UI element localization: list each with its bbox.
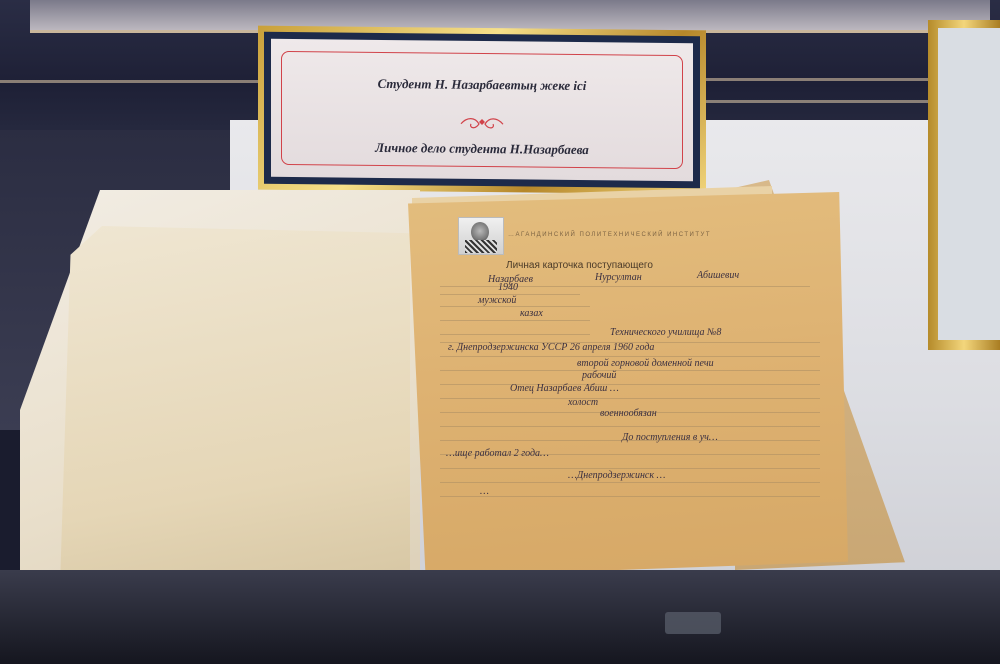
case-device: [665, 612, 721, 634]
field-family-status: холост: [568, 397, 598, 408]
field-school-2: г. Днепродзержинска УССР 26 апреля 1960 …: [448, 342, 654, 353]
card-title: Личная карточка поступающего: [506, 260, 653, 271]
field-sex: мужской: [478, 295, 516, 306]
field-address: …Днепродзержинск …: [568, 470, 665, 481]
picture-frame-right: [928, 20, 1000, 350]
ornament-icon: [459, 117, 505, 131]
student-photo: [458, 217, 504, 255]
field-father: Отец Назарбаев Абиш …: [510, 383, 619, 394]
institution-header: …АГАНДИНСКИЙ ПОЛИТЕХНИЧЕСКИЙ ИНСТИТУТ: [508, 232, 711, 238]
blank-page: [60, 226, 410, 586]
field-work-2: …ище работал 2 года…: [446, 448, 549, 459]
field-social-status: рабочий: [582, 370, 616, 381]
exhibit-sign: Студент Н. Назарбаевтың жеке ісі Личное …: [258, 26, 706, 195]
field-work-1: До поступления в уч…: [622, 432, 718, 443]
field-profession: второй горновой доменной печи: [577, 358, 714, 369]
field-address-2: …: [480, 486, 489, 497]
display-case-front: [0, 570, 1000, 664]
field-nationality: казах: [520, 308, 543, 319]
field-military: военнообязан: [600, 408, 657, 419]
wall-decor-line: [0, 80, 260, 83]
field-birth-year: 1940: [498, 282, 518, 293]
field-school-1: Технического училища №8: [610, 327, 721, 338]
field-name: Нурсултан: [595, 272, 642, 283]
field-patronymic: Абишевич: [697, 270, 739, 281]
